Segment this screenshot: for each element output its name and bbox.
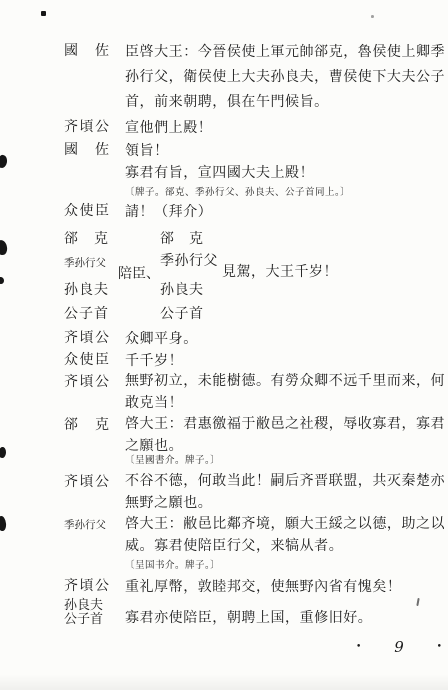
dialogue-line: 寡君亦使陪臣，朝聘上国，重修旧好。 — [125, 610, 372, 626]
ink-speck — [41, 11, 46, 16]
dialogue-line: 請！（拜介） — [125, 200, 212, 225]
speaker-name: 齐頃公 — [64, 471, 111, 491]
group-member-name: 郤 克 — [160, 228, 204, 248]
ink-blot — [0, 447, 7, 459]
group-speech: 郤 克 季孙行父 孙良夫 公子首 陪臣、 郤 克 季孙行父 孙良夫 公子首 見駕… — [0, 226, 448, 322]
dialogue-line: 重礼厚幣，敦睦邦交，使無野內省有愧矣！ — [125, 575, 401, 600]
dialogue-line: 寡君有旨，宣四國大夫上殿！ — [125, 161, 314, 186]
speech: 寡君亦使陪臣，朝聘上国，重修旧好。 — [125, 606, 372, 631]
speaker-name: 季孙行父 — [64, 517, 106, 532]
dialogue-line: 宣他們上殿！ — [125, 116, 212, 141]
speech: 宣他們上殿！ — [125, 116, 212, 141]
speaker-name: 公子首 — [64, 303, 109, 323]
speaker-name: 國 佐 — [64, 139, 111, 159]
dialogue-line: 孙行父，衛侯使上大夫孙良夫，曹侯使下大夫公子 — [125, 65, 445, 90]
group-member-name: 季孙行父 — [160, 250, 218, 270]
speech: 啓大王：君惠徼福于敝邑之社稷，辱收寡君，寡君 之願也。 — [125, 414, 445, 457]
ink-blot — [0, 516, 7, 532]
page-number-dot: • — [437, 642, 442, 652]
stage-direction: 〔牌子。郤克、季孙行父、孙良夫、公子首同上。〕 — [125, 184, 445, 198]
speaker-name: 齐頃公 — [64, 371, 111, 391]
speaker-name: 孙良夫 — [64, 599, 103, 613]
speaker-name: 公子首 — [64, 613, 103, 627]
dialogue-line: 臣啓大王：今晉侯使上軍元帥郤克，魯侯使上卿季 — [125, 40, 445, 65]
speaker-name: 國 佐 — [64, 40, 111, 60]
speaker-name: 齐頃公 — [64, 575, 111, 595]
speaker-name: 齐頃公 — [64, 327, 111, 347]
speaker-name: 季孙行父 — [64, 255, 106, 270]
speech: 啓大王：敝邑比鄰齐境，願大王綏之以德，助之以 威。寡君使陪臣行父，来犒从者。 — [125, 514, 445, 557]
speaker-name: 众使臣 — [64, 200, 111, 220]
dialogue-line: 無野之願也。 — [125, 493, 445, 515]
group-member-name: 孙良夫 — [160, 279, 204, 299]
speech: 請！（拜介） — [125, 200, 212, 225]
dialogue-line: 無野初立，未能樹德。有勞众卿不远千里而来，何 — [125, 371, 445, 393]
dialogue-line: 不谷不德，何敢当此！嗣后齐晋联盟，共灭秦楚亦 — [125, 471, 445, 493]
speech: 不谷不德，何敢当此！嗣后齐晋联盟，共灭秦楚亦 無野之願也。 — [125, 471, 445, 514]
dialogue-line: 啓大王：敝邑比鄰齐境，願大王綏之以德，助之以 — [125, 514, 445, 536]
stage-direction: 〔呈国书介。牌子。〕 — [125, 557, 445, 571]
speaker-name: 齐頃公 — [64, 116, 111, 136]
speaker-name: 郤 克 — [64, 228, 109, 248]
group-suffix: 見駕，大王千岁！ — [222, 261, 338, 281]
dialogue-line: 威。寡君使陪臣行父，来犒从者。 — [125, 536, 445, 558]
speaker-name: 孙良夫 — [64, 279, 109, 299]
speech: 寡君有旨，宣四國大夫上殿！ — [125, 161, 314, 186]
speech: 臣啓大王：今晉侯使上軍元帥郤克，魯侯使上卿季 孙行父，衛侯使上大夫孙良夫，曹侯使… — [125, 40, 445, 115]
dialogue-line: 首，前来朝聘，俱在午門候旨。 — [125, 90, 445, 115]
dialogue-line: 啓大王：君惠徼福于敝邑之社稷，辱收寡君，寡君 — [125, 414, 445, 436]
speaker-stack: 孙良夫 公子首 — [64, 599, 103, 626]
page-number-value: 9 — [394, 638, 404, 656]
group-prefix: 陪臣、 — [118, 263, 160, 283]
page-number: • 9 • — [356, 638, 442, 656]
book-page: 國 佐 臣啓大王：今晉侯使上軍元帥郤克，魯侯使上卿季 孙行父，衛侯使上大夫孙良夫… — [0, 0, 448, 690]
speech: 重礼厚幣，敦睦邦交，使無野內省有愧矣！ — [125, 575, 401, 600]
page-number-dot: • — [356, 642, 361, 652]
speaker-name: 郤 克 — [64, 414, 111, 434]
ink-speck — [416, 598, 419, 606]
speaker-name: 众使臣 — [64, 349, 111, 369]
group-member-name: 公子首 — [160, 303, 204, 323]
ink-blot — [0, 154, 8, 169]
stage-direction: 〔呈國書介。牌子。〕 — [125, 452, 445, 466]
ink-speck — [371, 15, 374, 18]
dialogue-line: 敢克当！ — [125, 393, 445, 415]
speech: 無野初立，未能樹德。有勞众卿不远千里而来，何 敢克当！ — [125, 371, 445, 414]
